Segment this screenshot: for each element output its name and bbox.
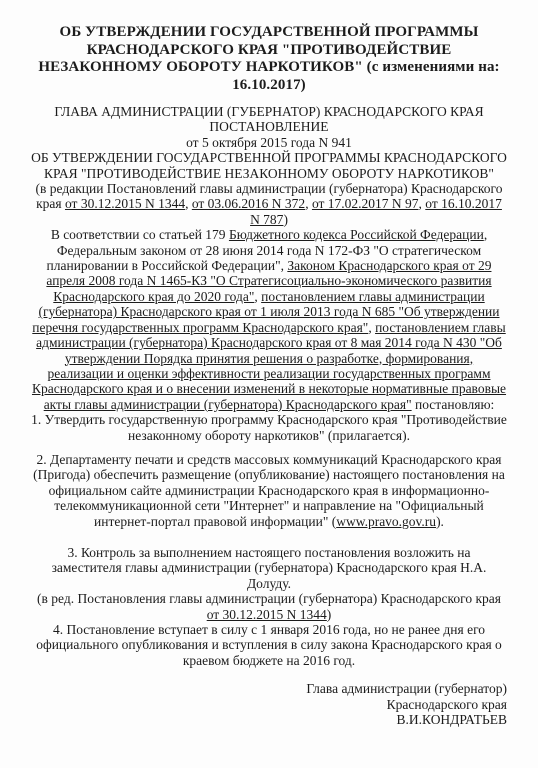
text-run: , (305, 196, 312, 211)
legal-reference-link[interactable]: от 03.06.2016 N 372 (192, 196, 305, 211)
legal-reference-link[interactable]: www.pravo.gov.ru (336, 514, 436, 529)
subject-heading: ОБ УТВЕРЖДЕНИИ ГОСУДАРСТВЕННОЙ ПРОГРАММЫ… (31, 150, 507, 181)
closing-paragraphs: 3. Контроль за выполнением настоящего по… (31, 545, 507, 668)
text-run: , (185, 196, 192, 211)
paragraph-item-1: 1. Утвердить государственную программу К… (31, 412, 507, 443)
text-run: ) (283, 212, 288, 227)
legal-reference-link[interactable]: от 30.12.2015 N 1344 (207, 607, 327, 622)
document-page: ОБ УТВЕРЖДЕНИИ ГОСУДАРСТВЕННОЙ ПРОГРАММЫ… (0, 0, 538, 768)
signature-block: Глава администрации (губернатор) Краснод… (31, 681, 507, 727)
text-run: (в ред. Постановления главы администраци… (37, 591, 501, 606)
paragraph-item-2: 2. Департаменту печати и средств массовы… (31, 452, 507, 529)
revision-note: (в редакции Постановлений главы админист… (31, 181, 507, 227)
document-header-and-preamble: ГЛАВА АДМИНИСТРАЦИИ (ГУБЕРНАТОР) КРАСНОД… (31, 104, 507, 443)
text-run: постановляю: (412, 397, 495, 412)
signature-position: Глава администрации (губернатор) (31, 681, 507, 696)
signature-name: В.И.КОНДРАТЬЕВ (31, 712, 507, 727)
revision-note-item-3: (в ред. Постановления главы администраци… (31, 591, 507, 622)
signature-organization: Краснодарского края (31, 697, 507, 712)
text-run: В соответствии со статьей 179 (51, 227, 229, 242)
authority-name: ГЛАВА АДМИНИСТРАЦИИ (ГУБЕРНАТОР) КРАСНОД… (31, 104, 507, 119)
text-run: ) (327, 607, 332, 622)
paragraph-preamble: В соответствии со статьей 179 Бюджетного… (31, 227, 507, 412)
legal-reference-link[interactable]: Бюджетного кодекса Российской Федерации (229, 227, 484, 242)
text-run: ). (436, 514, 444, 529)
document-title: ОБ УТВЕРЖДЕНИИ ГОСУДАРСТВЕННОЙ ПРОГРАММЫ… (31, 24, 507, 94)
document-type: ПОСТАНОВЛЕНИЕ (31, 119, 507, 134)
paragraph-item-4: 4. Постановление вступает в силу с 1 янв… (31, 622, 507, 668)
legal-reference-link[interactable]: от 30.12.2015 N 1344 (65, 196, 185, 211)
document-date-number: от 5 октября 2015 года N 941 (31, 135, 507, 150)
paragraph-item-3: 3. Контроль за выполнением настоящего по… (31, 545, 507, 591)
legal-reference-link[interactable]: от 17.02.2017 N 97 (312, 196, 419, 211)
